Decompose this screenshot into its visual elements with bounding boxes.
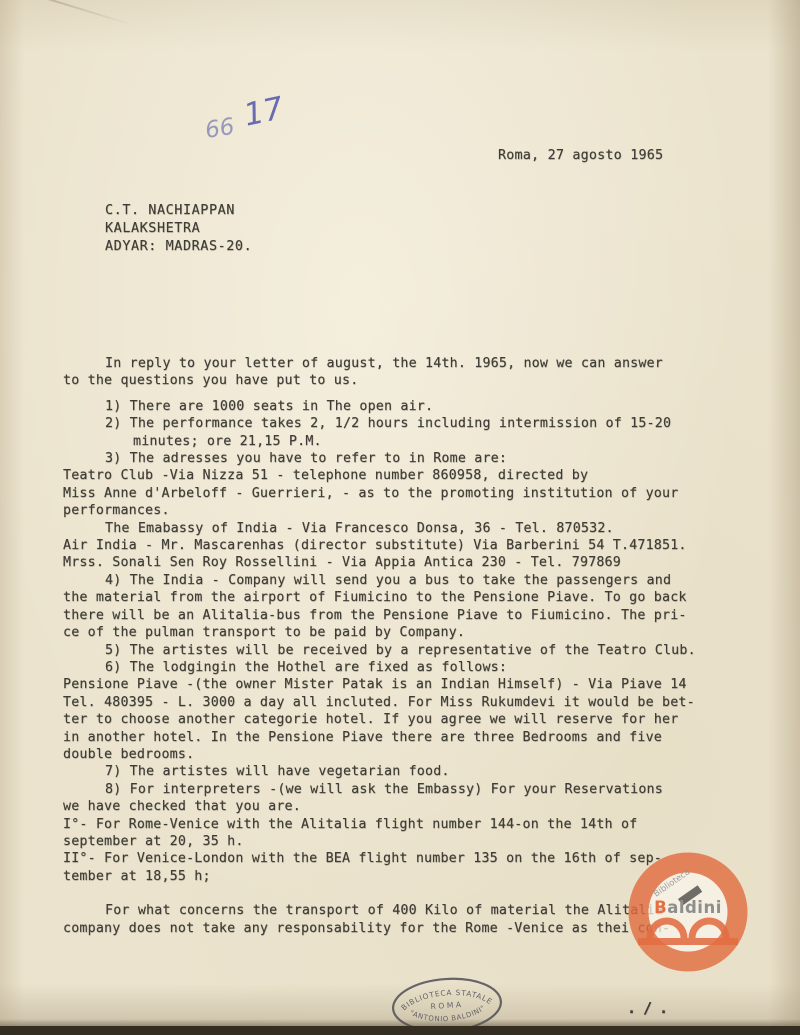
recipient-org: KALAKSHETRA [105, 220, 252, 238]
body-line: we have checked that you are. [63, 798, 763, 815]
body-line: The Emabassy of India - Via Francesco Do… [105, 520, 763, 537]
body-line: 6) The lodgingin the Hothel are fixed as… [105, 659, 763, 676]
body-line: 2) The performance takes 2, 1/2 hours in… [105, 415, 763, 432]
body-line: Pensione Piave -(the owner Mister Patak … [63, 676, 763, 693]
letter-scan-page: 66 17 Roma, 27 agosto 1965 C.T. NACHIAPP… [0, 0, 800, 1035]
body-line: there will be an Alitalia-bus from the P… [63, 607, 763, 624]
body-line: performances. [63, 502, 763, 519]
body-line: in another hotel. In the Pensione Piave … [63, 729, 763, 746]
body-line: the material from the airport of Fiumici… [63, 589, 763, 606]
body-line: to the questions you have put to us. [63, 372, 763, 389]
body-line: 7) The artistes will have vegetarian foo… [105, 763, 763, 780]
baldini-watermark-logo: Biblioteca Baldini [622, 846, 754, 978]
stamp-text-middle: ROMA [430, 1000, 464, 1011]
body-line: Mrss. Sonali Sen Roy Rossellini - Via Ap… [63, 554, 763, 571]
body-line: 3) The adresses you have to refer to in … [105, 450, 763, 467]
letter-date: Roma, 27 agosto 1965 [498, 148, 663, 163]
body-line: 4) The India - Company will send you a b… [105, 572, 763, 589]
scan-edge-bottom [0, 1026, 800, 1035]
body-line: Miss Anne d'Arbeloff - Guerrieri, - as t… [63, 485, 763, 502]
body-line: Teatro Club -Via Nizza 51 - telephone nu… [63, 467, 763, 484]
body-line: In reply to your letter of august, the 1… [105, 355, 763, 372]
body-line: 8) For interpreters -(we will ask the Em… [105, 781, 763, 798]
handwritten-annotation: 66 17 [203, 94, 284, 130]
scan-edge-shadow [0, 1019, 800, 1026]
recipient-city: ADYAR: MADRAS-20. [105, 238, 252, 256]
body-line: minutes; ore 21,15 P.M. [133, 433, 763, 450]
body-line: double bedrooms. [63, 746, 763, 763]
body-line: I°- For Rome-Venice with the Alitalia fl… [63, 816, 763, 833]
body-line: ce of the pulman transport to be paid by… [63, 624, 763, 641]
body-line: ter to choose another categorie hotel. I… [63, 711, 763, 728]
body-line: 5) The artistes will be received by a re… [105, 642, 763, 659]
body-line: Air India - Mr. Mascarenhas (director su… [63, 537, 763, 554]
watermark-baldini-initial: B [654, 898, 667, 917]
handwritten-number: 66 [203, 114, 236, 144]
body-line: Tel. 480395 - L. 3000 a day all incluted… [63, 694, 763, 711]
recipient-address: C.T. NACHIAPPAN KALAKSHETRA ADYAR: MADRA… [105, 202, 252, 255]
recipient-name: C.T. NACHIAPPAN [105, 202, 252, 220]
svg-text:Baldini: Baldini [654, 898, 722, 917]
handwritten-number: 17 [241, 90, 287, 133]
continuation-mark: ./. [627, 999, 675, 1017]
body-line: 1) There are 1000 seats in The open air. [105, 398, 763, 415]
paper-crease [0, 0, 133, 26]
watermark-baldini-rest: aldini [667, 898, 722, 917]
